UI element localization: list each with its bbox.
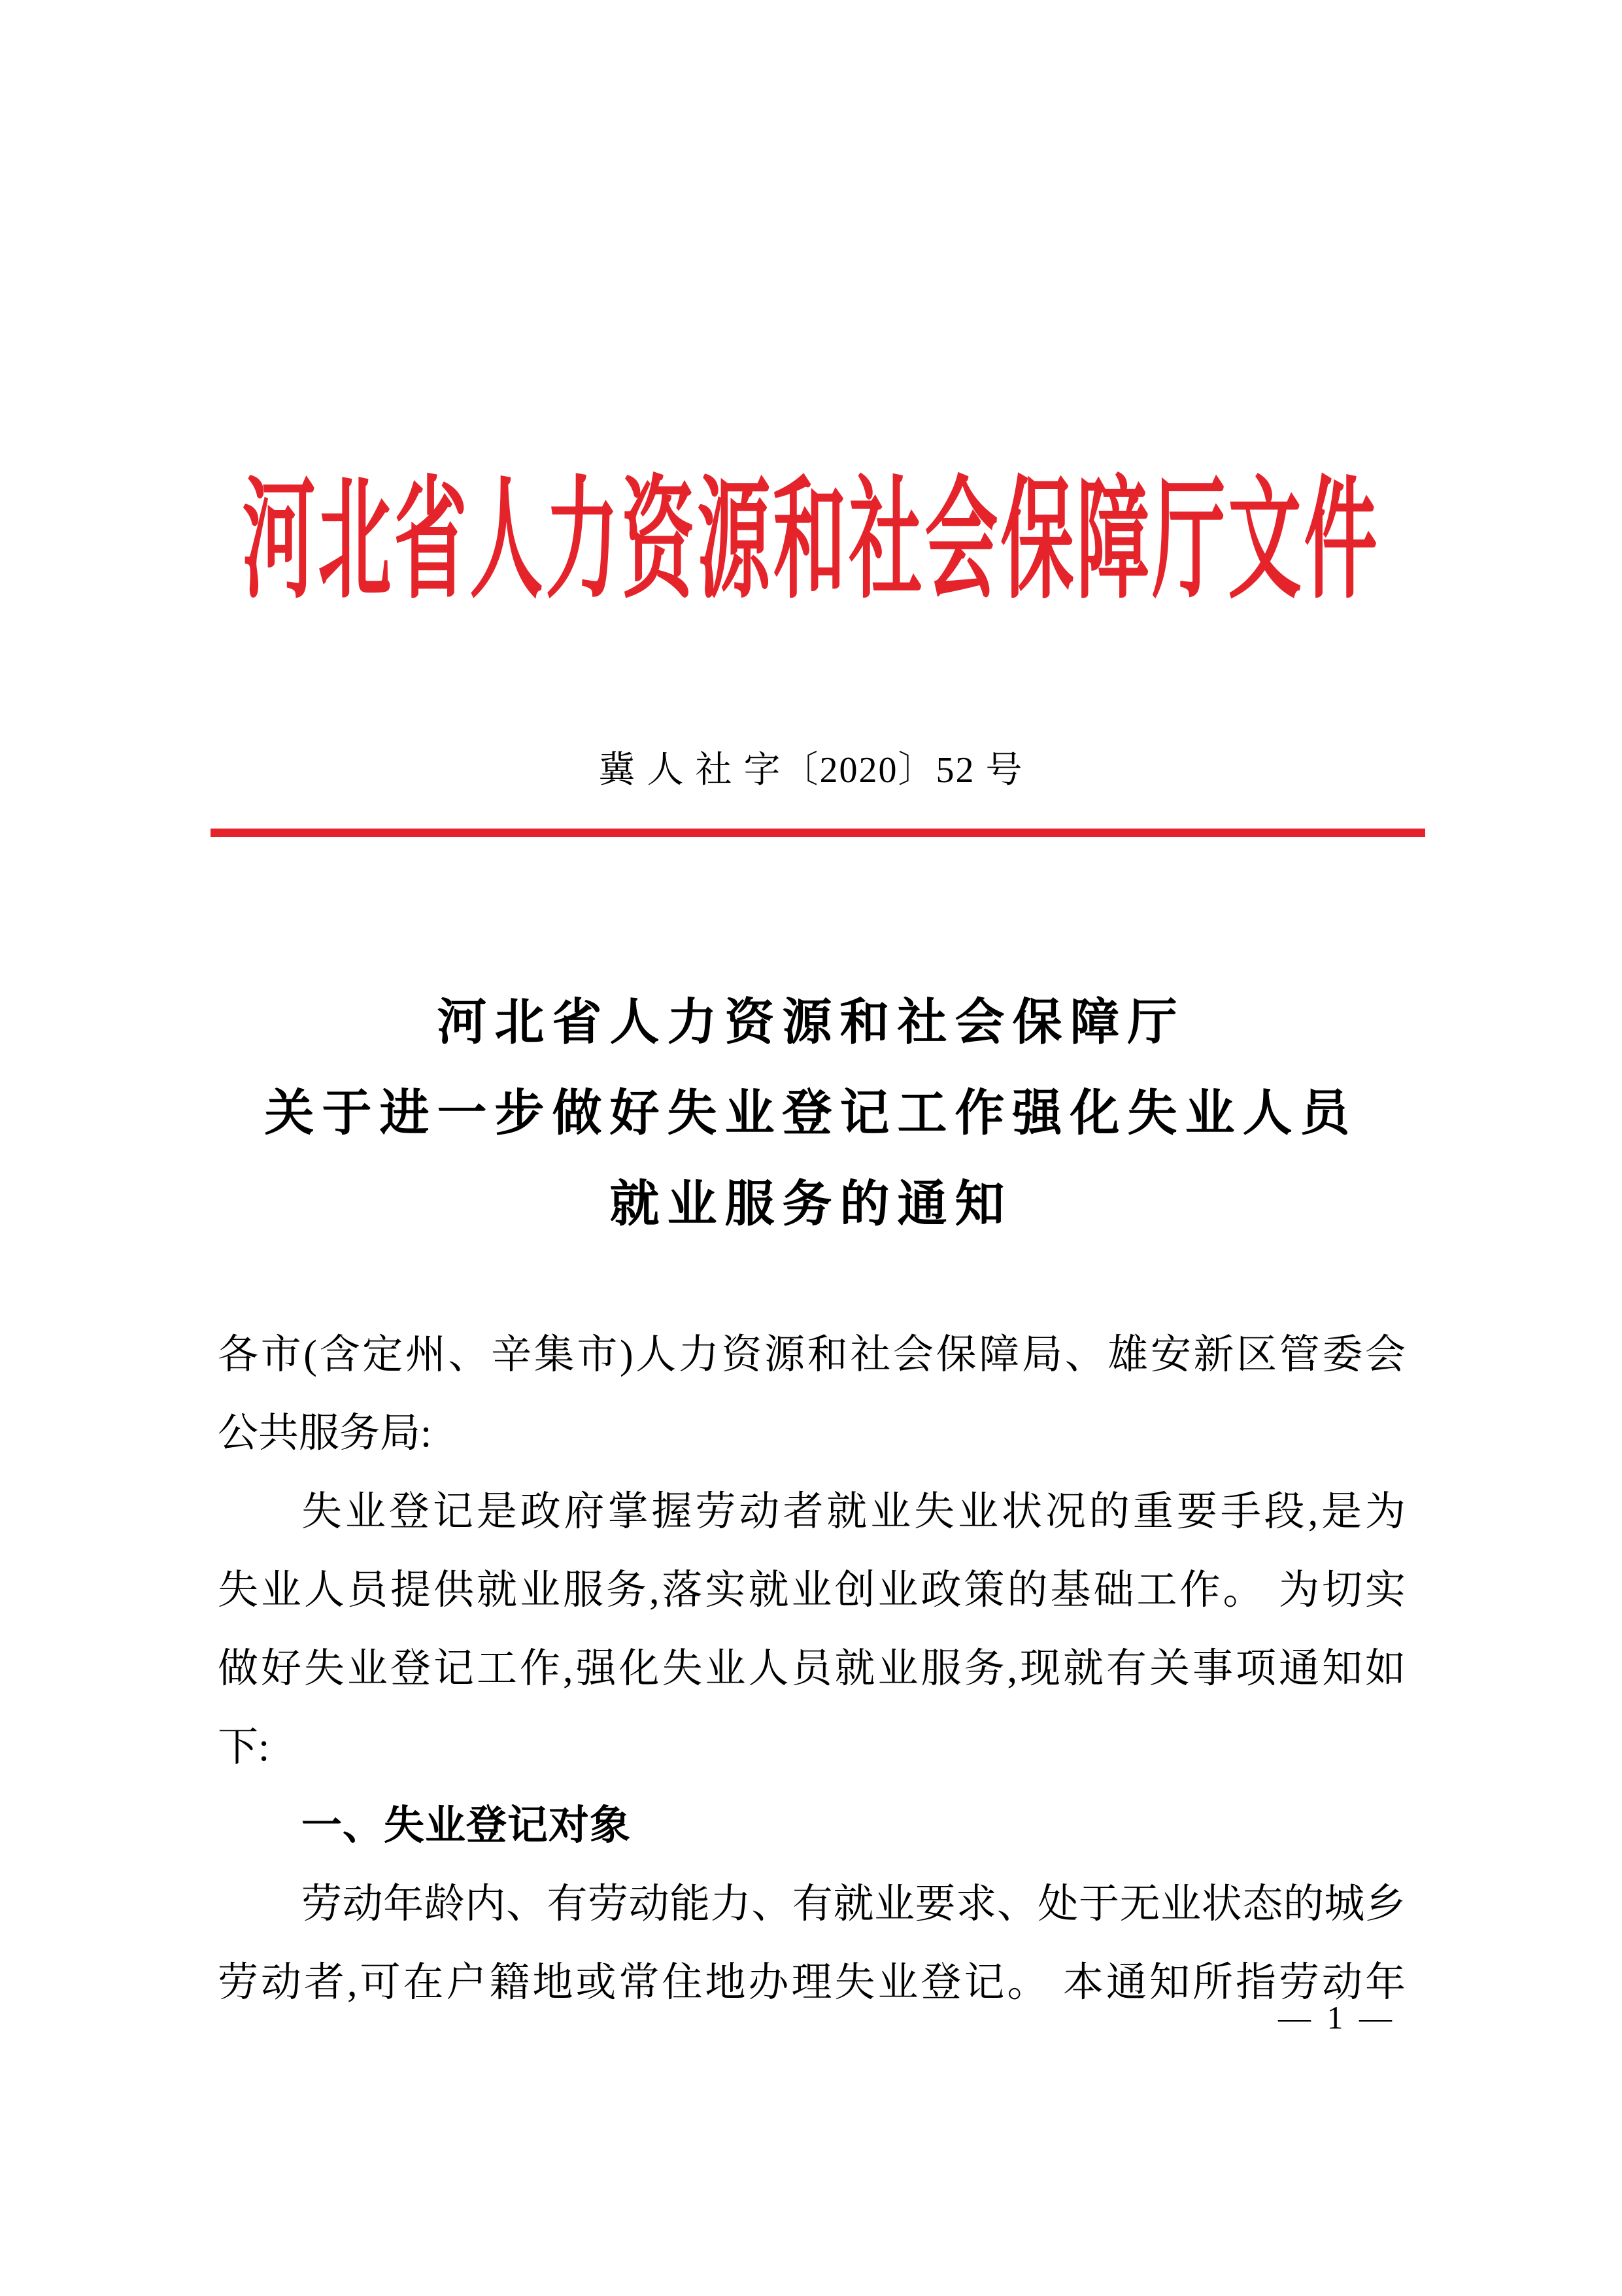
document-title: 河北省人力资源和社会保障厅 关于进一步做好失业登记工作强化失业人员 就业服务的通… [0, 978, 1622, 1250]
agency-masthead: 河北省人力资源和社会保障厅文件 [0, 475, 1622, 610]
red-divider [211, 829, 1425, 837]
page-number: — 1 — [0, 1998, 1622, 2037]
body-line: 失业登记是政府掌握劳动者就业失业状况的重要手段,是为 [218, 1473, 1406, 1551]
document-number: 冀 人 社 字〔2020〕52 号 [0, 738, 1622, 803]
document-title-line-2: 关于进一步做好失业登记工作强化失业人员 [0, 1069, 1622, 1159]
document-title-line-3: 就业服务的通知 [0, 1159, 1622, 1250]
body-line: 劳动年龄内、有劳动能力、有就业要求、处于无业状态的城乡 [218, 1865, 1406, 1944]
section-heading: 一、失业登记对象 [218, 1787, 1406, 1865]
addressee-line-2: 公共服务局: [218, 1394, 1406, 1473]
addressee-line-1: 各市(含定州、辛集市)人力资源和社会保障局、雄安新区管委会 [218, 1316, 1406, 1394]
body-line: 下: [218, 1708, 1406, 1787]
document-title-line-1: 河北省人力资源和社会保障厅 [0, 978, 1622, 1069]
document-page: 河北省人力资源和社会保障厅文件 冀 人 社 字〔2020〕52 号 河北省人力资… [0, 0, 1622, 2296]
document-body: 各市(含定州、辛集市)人力资源和社会保障局、雄安新区管委会 公共服务局: 失业登… [218, 1316, 1406, 2022]
body-line: 失业人员提供就业服务,落实就业创业政策的基础工作。 为切实 [218, 1551, 1406, 1630]
body-line: 做好失业登记工作,强化失业人员就业服务,现就有关事项通知如 [218, 1630, 1406, 1708]
